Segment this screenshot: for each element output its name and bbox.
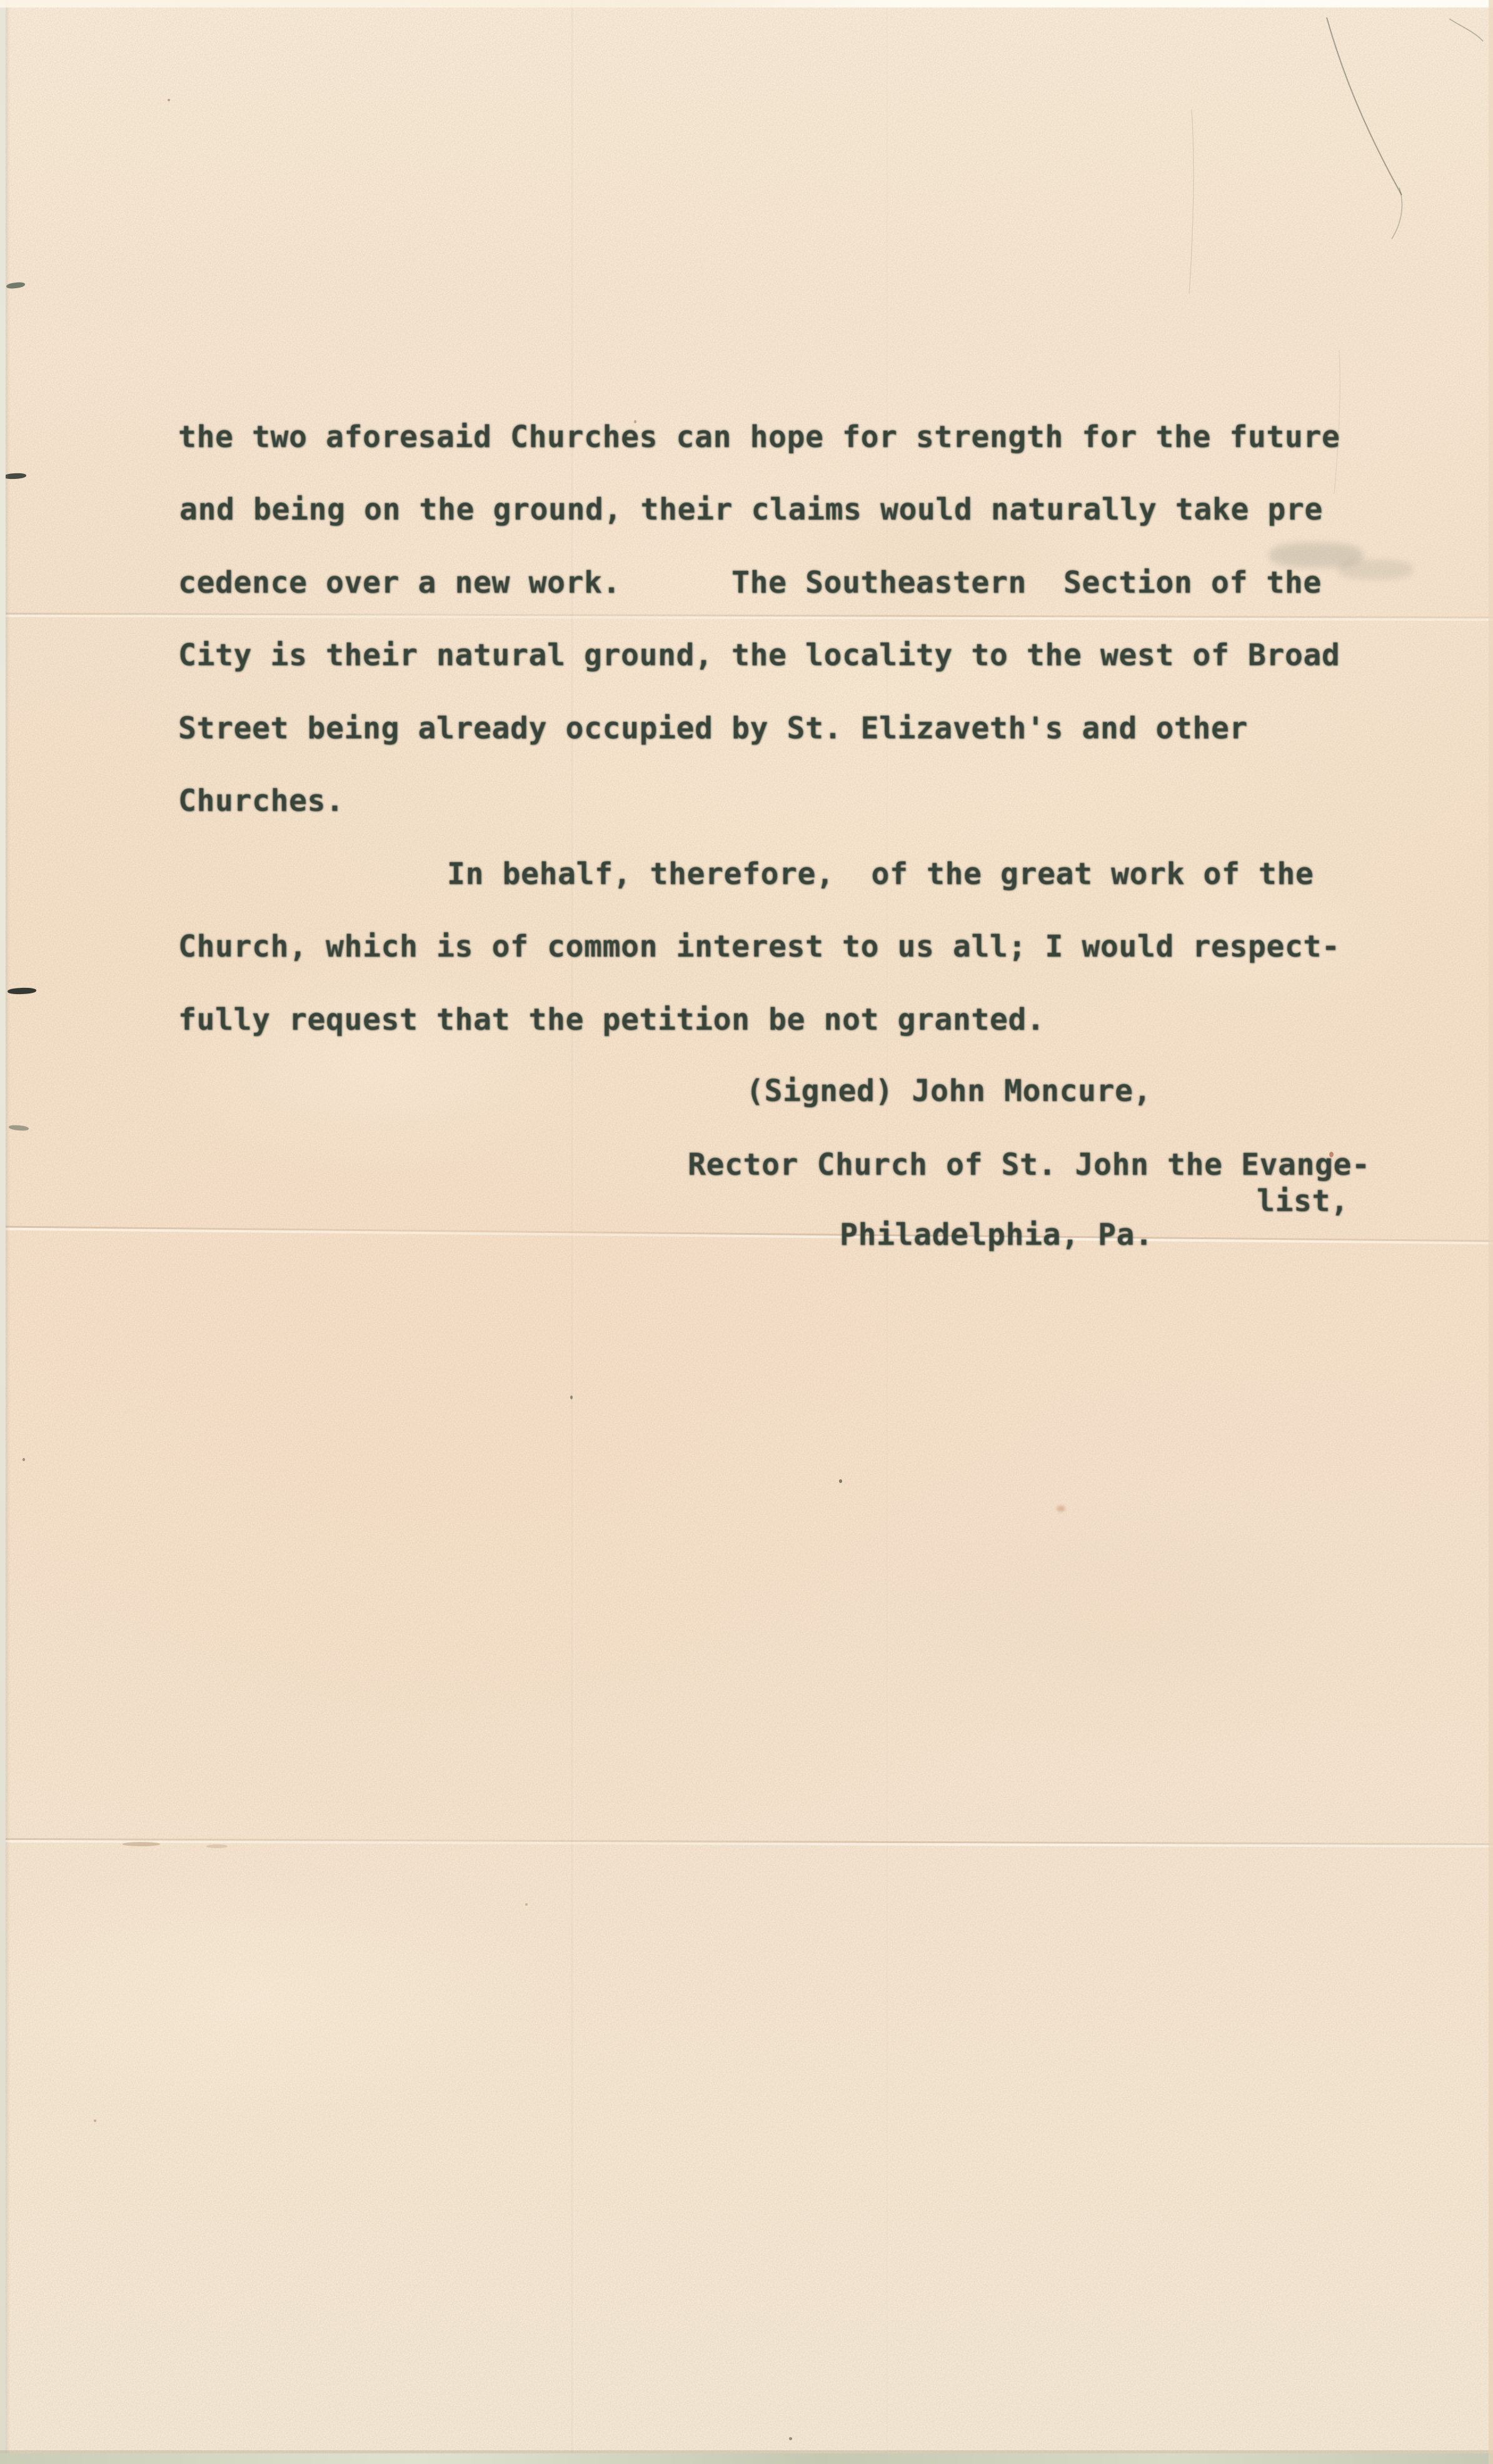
scan-edge-left <box>0 0 6 2464</box>
typed-line-4: City is their natural ground, the locali… <box>178 640 1340 670</box>
typed-line-5: Street being already occupied by St. Eli… <box>178 713 1248 743</box>
signature-title-carryover: list, <box>1257 1186 1349 1216</box>
typed-line-9: fully request that the petition be not g… <box>178 1005 1045 1035</box>
scan-edge-bottom <box>0 2453 1493 2464</box>
scan-edge-right <box>1489 0 1493 2464</box>
typed-line-7-indented: In behalf, therefore, of the great work … <box>447 859 1314 889</box>
typed-line-2: and being on the ground, their claims wo… <box>179 495 1323 525</box>
scan-edge-top <box>0 0 1493 8</box>
signature-signed-line: (Signed) John Moncure, <box>746 1076 1152 1106</box>
scanned-letter-page: the two aforesaid Churches can hope for … <box>0 0 1493 2464</box>
typed-line-6: Churches. <box>178 786 344 816</box>
typed-line-1: the two aforesaid Churches can hope for … <box>178 422 1340 452</box>
typed-line-8: Church, which is of common interest to u… <box>178 932 1340 962</box>
signature-title-line: Rector Church of St. John the Evange- <box>688 1150 1370 1180</box>
signature-city-line: Philadelphia, Pa. <box>840 1220 1153 1250</box>
typed-line-3: cedence over a new work. The Southeaster… <box>178 568 1322 598</box>
typewritten-text-block: the two aforesaid Churches can hope for … <box>0 0 1493 2464</box>
scan-edge-left-shadow <box>6 0 10 2464</box>
